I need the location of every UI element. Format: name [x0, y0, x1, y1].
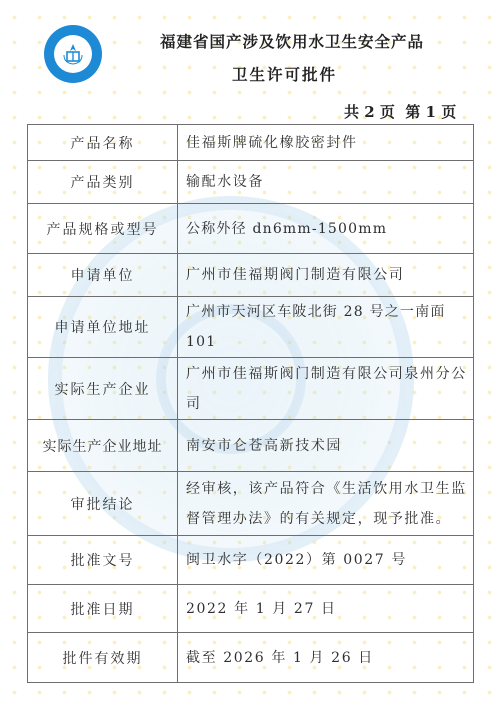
- row-label: 产品类别: [28, 161, 178, 204]
- row-value: 输配水设备: [178, 161, 474, 204]
- table-row: 批准文号 闽卫水字（2022）第 0027 号: [28, 536, 474, 585]
- row-value: 佳福斯牌硫化橡胶密封件: [178, 125, 474, 161]
- table-row: 批准日期 2022 年 1 月 27 日: [28, 585, 474, 633]
- permit-table: 产品名称 佳福斯牌硫化橡胶密封件 产品类别 输配水设备 产品规格或型号 公称外径…: [27, 124, 474, 683]
- health-inspection-logo-icon: [44, 25, 102, 83]
- row-label: 审批结论: [28, 472, 178, 536]
- row-label: 实际生产企业地址: [28, 420, 178, 472]
- page-info: 共 2 页 第 1 页: [344, 101, 456, 122]
- row-value: 南安市仑苍高新技术园: [178, 420, 474, 472]
- row-value: 2022 年 1 月 27 日: [178, 585, 474, 633]
- document-subtitle: 卫生许可批件: [232, 63, 337, 85]
- table-row: 实际生产企业 广州市佳福斯阀门制造有限公司泉州分公司: [28, 358, 474, 420]
- row-value: 广州市天河区车陂北街 28 号之一南面 101: [178, 297, 474, 358]
- row-label: 实际生产企业: [28, 358, 178, 420]
- row-label: 申请单位: [28, 254, 178, 297]
- row-value: 广州市佳福斯阀门制造有限公司泉州分公司: [178, 358, 474, 420]
- table-row: 申请单位地址 广州市天河区车陂北街 28 号之一南面 101: [28, 297, 474, 358]
- row-value: 闽卫水字（2022）第 0027 号: [178, 536, 474, 585]
- table-row: 产品类别 输配水设备: [28, 161, 474, 204]
- row-value: 截至 2026 年 1 月 26 日: [178, 633, 474, 683]
- table-row: 产品规格或型号 公称外径 dn6mm-1500mm: [28, 204, 474, 254]
- table-row: 实际生产企业地址 南安市仑苍高新技术园: [28, 420, 474, 472]
- row-label: 批准日期: [28, 585, 178, 633]
- row-label: 申请单位地址: [28, 297, 178, 358]
- table-row: 产品名称 佳福斯牌硫化橡胶密封件: [28, 125, 474, 161]
- row-value: 广州市佳福期阀门制造有限公司: [178, 254, 474, 297]
- row-label: 产品名称: [28, 125, 178, 161]
- table-row: 审批结论 经审核，该产品符合《生活饮用水卫生监督管理办法》的有关规定，现予批准。: [28, 472, 474, 536]
- row-label: 批件有效期: [28, 633, 178, 683]
- row-value: 公称外径 dn6mm-1500mm: [178, 204, 474, 254]
- table-row: 申请单位 广州市佳福期阀门制造有限公司: [28, 254, 474, 297]
- table-row: 批件有效期 截至 2026 年 1 月 26 日: [28, 633, 474, 683]
- row-label: 产品规格或型号: [28, 204, 178, 254]
- document-title: 福建省国产涉及饮用水卫生安全产品: [160, 30, 424, 52]
- row-value: 经审核，该产品符合《生活饮用水卫生监督管理办法》的有关规定，现予批准。: [178, 472, 474, 536]
- row-label: 批准文号: [28, 536, 178, 585]
